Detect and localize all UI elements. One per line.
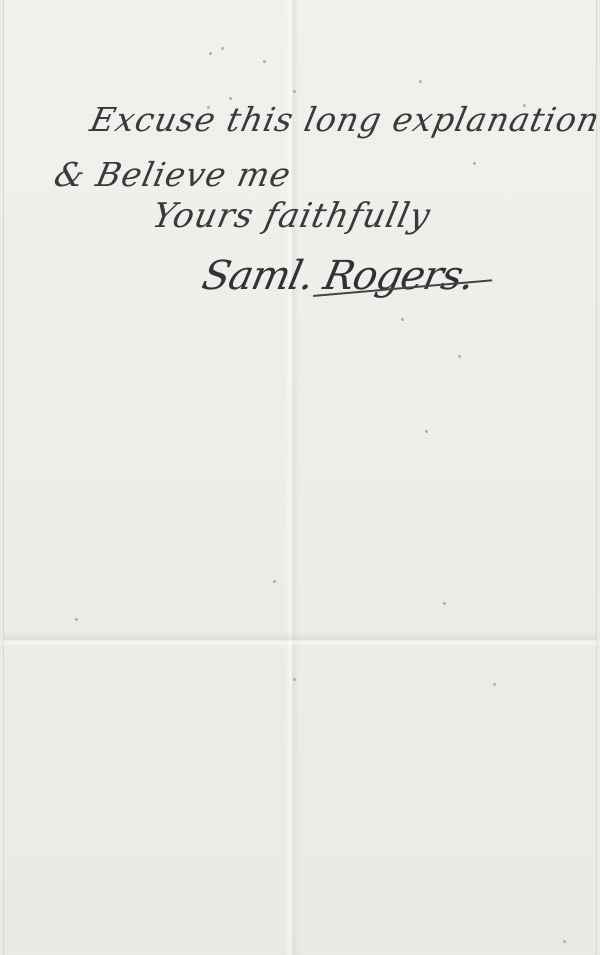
vertical-fold-crease (285, 0, 299, 955)
paper-speck (209, 52, 212, 55)
paper-speck (263, 60, 266, 63)
paper-speck (273, 580, 276, 583)
paper-speck (293, 90, 296, 93)
letter-line-1: Excuse this long explanation (87, 100, 600, 139)
paper-speck (221, 47, 224, 50)
horizontal-fold-crease (3, 632, 597, 648)
paper-speck (458, 355, 461, 358)
paper-speck (293, 678, 296, 681)
closing-line: Yours faithfully (149, 196, 435, 236)
paper-speck (473, 162, 476, 165)
paper-speck (443, 602, 446, 605)
paper-speck (75, 618, 78, 621)
paper-speck (563, 940, 566, 943)
letter-page: Excuse this long explanation & Believe m… (3, 0, 597, 955)
paper-speck (401, 318, 404, 321)
paper-speck (419, 80, 422, 83)
paper-speck (425, 430, 428, 433)
letter-line-2: & Believe me (51, 155, 295, 194)
paper-speck (493, 683, 496, 686)
